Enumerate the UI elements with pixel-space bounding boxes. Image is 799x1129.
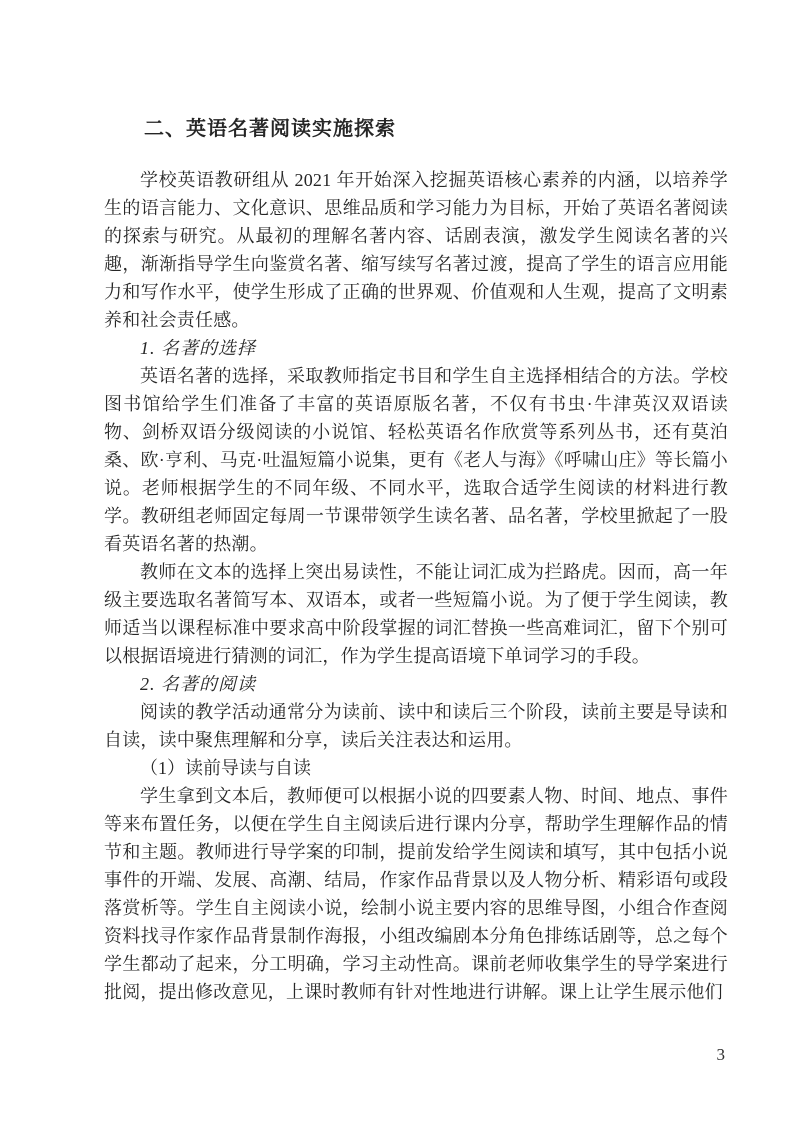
paragraph-book-selection: 英语名著的选择，采取教师指定书目和学生自主选择相结合的方法。学校图书馆给学生们准… — [104, 362, 728, 558]
section-heading: 二、英语名著阅读实施探索 — [104, 116, 728, 142]
paragraph-intro: 学校英语教研组从 2021 年开始深入挖掘英语核心素养的内涵，以培养学生的语言能… — [104, 166, 728, 334]
paragraph-readability: 教师在文本的选择上突出易读性，不能让词汇成为拦路虎。因而，高一年级主要选取名著简… — [104, 558, 728, 670]
subsection-heading-selection: 1. 名著的选择 — [104, 334, 728, 362]
paragraph-pre-reading-activities: 学生拿到文本后，教师便可以根据小说的四要素人物、时间、地点、事件等来布置任务，以… — [104, 782, 728, 1006]
page-number: 3 — [717, 1044, 726, 1066]
paragraph-reading-stages: 阅读的教学活动通常分为读前、读中和读后三个阶段，读前主要是导读和自读，读中聚焦理… — [104, 698, 728, 754]
sub-subsection-heading-pre-reading: （1）读前导读与自读 — [104, 754, 728, 782]
subsection-heading-reading: 2. 名著的阅读 — [104, 670, 728, 698]
document-page: 二、英语名著阅读实施探索 学校英语教研组从 2021 年开始深入挖掘英语核心素养… — [0, 0, 799, 1129]
